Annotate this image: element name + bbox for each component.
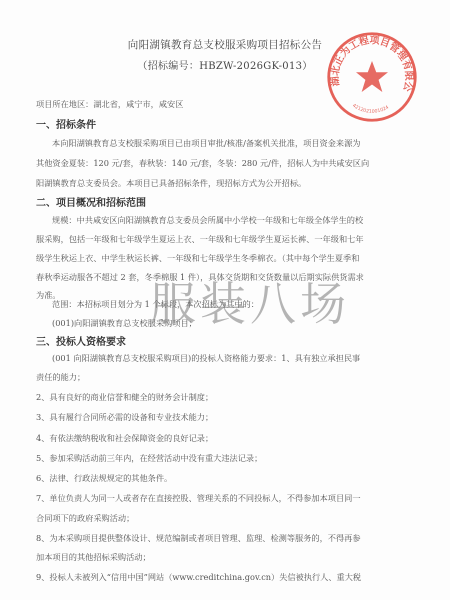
text-line: 服采购，包括一年级和七年级学生夏运上衣、一年级和七年级学生夏运长裤、一年级和七年	[36, 233, 420, 245]
text-line: 规模：中共咸安区向阳湖镇教育总支委员会所属中小学校一年级和七年级全体学生的校	[52, 214, 420, 226]
text-line: 5、参加采购活动前三年内，在经营活动中没有重大违法记录；	[36, 452, 420, 464]
text-line: 合同项下的政府采购活动；	[36, 512, 420, 524]
text-line: 级学生秋运上衣、中学生秋运长裤、一年级和七年级学生冬季棉衣。（其中每个学生夏季和	[36, 252, 420, 264]
text-line: 3、具有履行合同所必需的设备和专业技术能力；	[36, 411, 420, 423]
text-line: 7、单位负责人为同一人或者存在直接控股、管理关系的不同投标人，不得参加本项目同一	[36, 492, 420, 504]
section-heading-3: 三、投标人资格要求	[36, 333, 126, 348]
section-heading-2: 二、项目概况和招标范围	[36, 194, 146, 209]
region-line: 项目所在地区：湖北省，咸宁市，咸安区	[36, 98, 420, 110]
document-page: 向阳湖镇教育总支校服采购项目招标公告 （招标编号：HBZW-2026GK-013…	[0, 0, 450, 600]
text-line: 本向阳湖镇教育总支校服采购项目已由项目审批/核准/备案机关批准，项目资金来源为	[52, 137, 420, 149]
text-line: 8、为本采购项目提供整体设计、规范编制或者项目管理、监理、检测等服务的，不得再参	[36, 532, 420, 544]
text-line: 责任的能力；	[36, 371, 420, 383]
text-line: 6、法律、行政法规规定的其他条件。	[36, 472, 420, 484]
text-line: (001 向阳湖镇教育总支校服采购项目)的投标人资格能力要求：1、具有独立承担民…	[52, 352, 420, 364]
section-heading-1: 一、招标条件	[36, 116, 96, 131]
text-line: 阳湖镇教育总支委员会。本项目已具备招标条件，现招标方式为公开招标。	[36, 177, 420, 189]
watermark: 服装八场	[150, 268, 350, 334]
text-line: 4、有依法缴纳税收和社会保障资金的良好记录；	[36, 432, 420, 444]
text-line: 加本项目的其他招标采购活动；	[36, 551, 420, 563]
text-line: 2、具有良好的商业信誉和健全的财务会计制度；	[36, 391, 420, 403]
text-line: 其他资金夏装：120 元/套，春秋装：140 元/套，冬装：280 元/件，招标…	[36, 157, 420, 169]
text-line: 9、投标人未被列入“信用中国”网站（www.creditchina.gov.cn…	[36, 571, 420, 583]
